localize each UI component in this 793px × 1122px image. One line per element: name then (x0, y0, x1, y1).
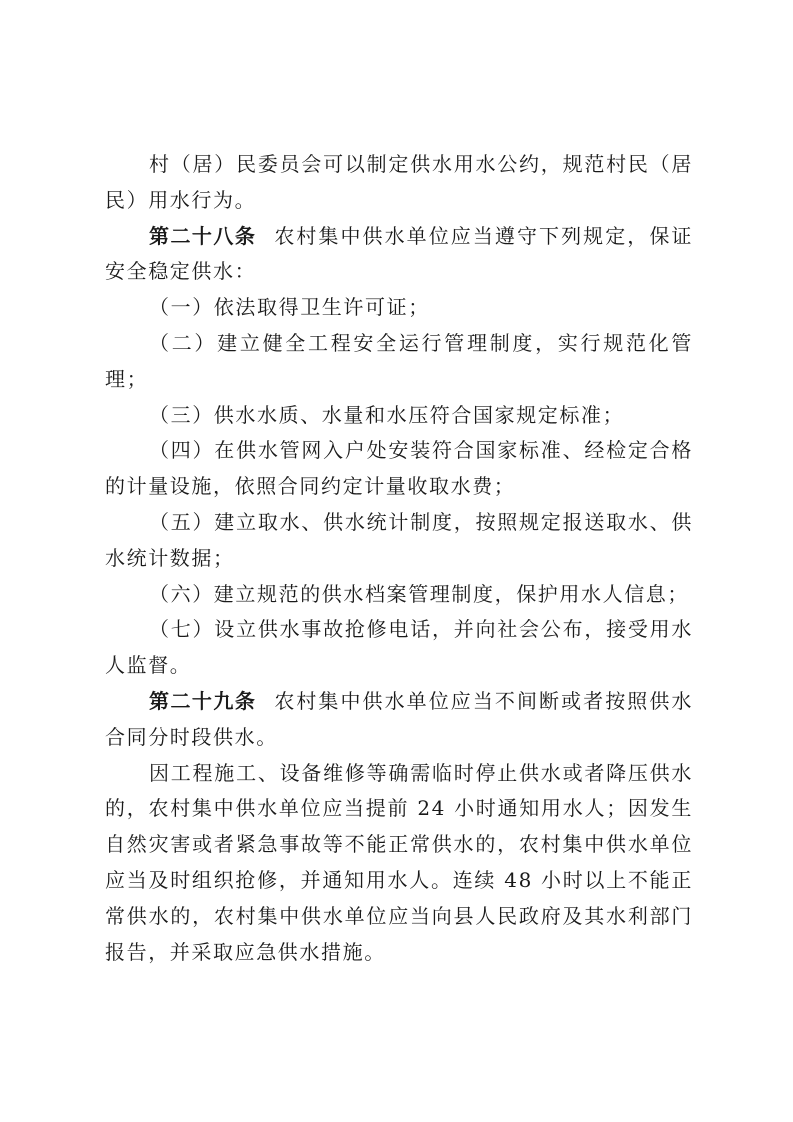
article-number: 第二十八条 (149, 224, 256, 248)
paragraph-text: （六）建立规范的供水档案管理制度，保护用水人信息； (149, 582, 689, 606)
paragraph-text: （四）在供水管网入户处安装符合国家标准、经检定合格的计量设施，依照合同约定计量收… (105, 438, 693, 498)
document-page: 村（居）民委员会可以制定供水用水公约，规范村民（居民）用水行为。 第二十八条农村… (105, 147, 693, 970)
list-item-6: （六）建立规范的供水档案管理制度，保护用水人信息； (105, 577, 693, 613)
paragraph-text: （五）建立取水、供水统计制度，按照规定报送取水、供水统计数据； (105, 510, 693, 570)
article-28: 第二十八条农村集中供水单位应当遵守下列规定，保证安全稳定供水： (105, 219, 693, 291)
list-item-3: （三）供水水质、水量和水压符合国家规定标准； (105, 398, 693, 434)
list-item-5: （五）建立取水、供水统计制度，按照规定报送取水、供水统计数据； (105, 505, 693, 577)
paragraph-text: 因工程施工、设备维修等确需临时停止供水或者降压供水的，农村集中供水单位应当提前 … (105, 761, 693, 964)
paragraph-text: （七）设立供水事故抢修电话，并向社会公布，接受用水人监督。 (105, 617, 693, 677)
paragraph-text: （二）建立健全工程安全运行管理制度，实行规范化管理； (105, 331, 693, 391)
paragraph-text: （一）依法取得卫生许可证； (149, 295, 430, 319)
paragraph-supply-interruption: 因工程施工、设备维修等确需临时停止供水或者降压供水的，农村集中供水单位应当提前 … (105, 756, 693, 971)
list-item-1: （一）依法取得卫生许可证； (105, 290, 693, 326)
paragraph-village-convention: 村（居）民委员会可以制定供水用水公约，规范村民（居民）用水行为。 (105, 147, 693, 219)
paragraph-text: （三）供水水质、水量和水压符合国家规定标准； (149, 403, 624, 427)
article-29: 第二十九条农村集中供水单位应当不间断或者按照供水合同分时段供水。 (105, 684, 693, 756)
paragraph-text: 村（居）民委员会可以制定供水用水公约，规范村民（居民）用水行为。 (105, 152, 693, 212)
list-item-2: （二）建立健全工程安全运行管理制度，实行规范化管理； (105, 326, 693, 398)
list-item-4: （四）在供水管网入户处安装符合国家标准、经检定合格的计量设施，依照合同约定计量收… (105, 433, 693, 505)
list-item-7: （七）设立供水事故抢修电话，并向社会公布，接受用水人监督。 (105, 612, 693, 684)
article-number: 第二十九条 (149, 689, 256, 713)
